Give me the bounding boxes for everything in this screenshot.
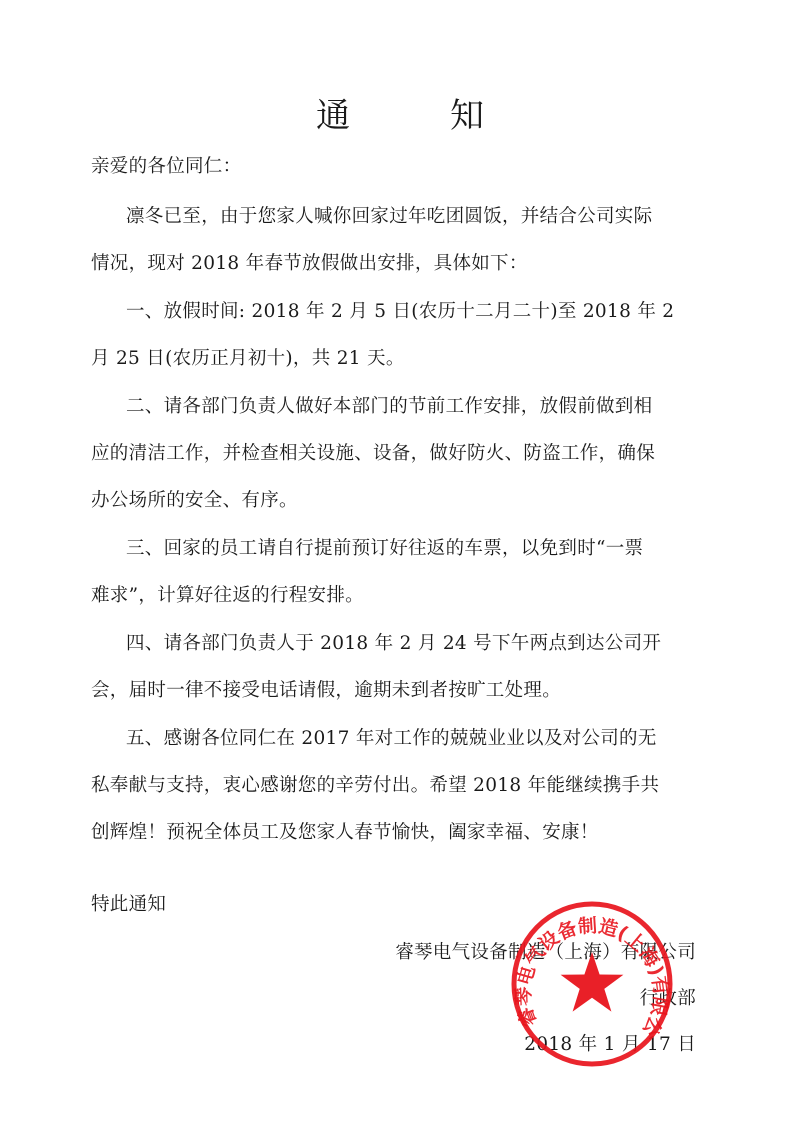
page-title: 通知 (0, 88, 800, 137)
para-5-line2: 私奉献与支持，衷心感谢您的辛劳付出。希望 2018 年能继续携手共 (91, 771, 659, 797)
para-1-line1: 一、放假时间: 2018 年 2 月 5 日(农历十二月二十)至 2018 年 … (126, 297, 674, 323)
para-intro-line2: 情况，现对 2018 年春节放假做出安排，具体如下： (91, 249, 528, 275)
para-2-line1: 二、请各部门负责人做好本部门的节前工作安排，放假前做到相 (126, 392, 652, 418)
title-char-2: 知 (450, 88, 484, 137)
para-2-line3: 办公场所的安全、有序。 (91, 486, 298, 512)
para-3-line2: 难求”，计算好往返的行程安排。 (91, 581, 364, 607)
closing-text: 特此通知 (91, 890, 166, 916)
para-4-line1: 四、请各部门负责人于 2018 年 2 月 24 号下午两点到达公司开 (126, 629, 661, 655)
para-2-line2: 应的清洁工作，并检查相关设施、设备，做好防火、防盗工作，确保 (91, 439, 655, 465)
para-intro-line1: 凛冬已至，由于您家人喊你回家过年吃团圆饭，并结合公司实际 (126, 202, 652, 228)
para-1-line2: 月 25 日(农历正月初十)，共 21 天。 (91, 344, 405, 370)
para-3-line1: 三、回家的员工请自行提前预订好往返的车票，以免到时“一票 (126, 534, 643, 560)
star-icon (561, 952, 624, 1012)
para-5-line1: 五、感谢各位同仁在 2017 年对工作的兢兢业业以及对公司的无 (126, 724, 657, 750)
para-5-line3: 创辉煌！预祝全体员工及您家人春节愉快，阖家幸福、安康！ (91, 818, 599, 844)
para-4-line2: 会，届时一律不接受电话请假，逾期未到者按旷工处理。 (91, 676, 561, 702)
company-seal-stamp: 睿琴电气设备制造(上海)有限公司 (508, 900, 676, 1068)
greeting: 亲爱的各位同仁： (91, 152, 241, 178)
title-char-1: 通 (316, 88, 350, 137)
